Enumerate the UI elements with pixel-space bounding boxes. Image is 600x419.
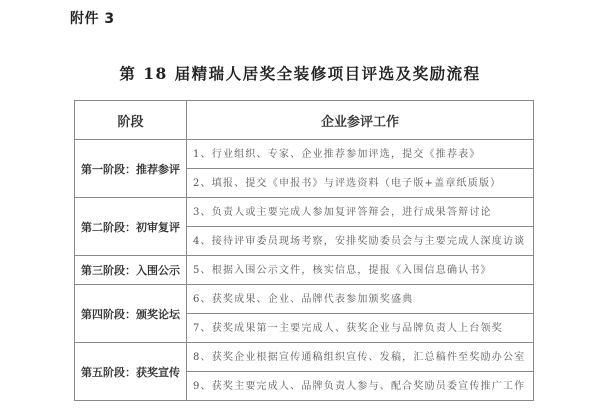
table-row: 第四阶段：颁奖论坛 6、获奖成果、企业、品牌代表参加颁奖盛典 [75, 285, 534, 314]
table-row: 第一阶段：推荐参评 1、行业组织、专家、企业推荐参加评选，提交《推荐表》 [75, 140, 534, 169]
document-title: 第 18 届精瑞人居奖全装修项目评选及奖励流程 [0, 62, 600, 84]
table-row: 第五阶段：获奖宣传 8、获奖企业根据宣传通稿组织宣传、发稿，汇总稿件至奖励办公室 [75, 343, 534, 372]
stage-cell: 第三阶段：入围公示 [75, 256, 187, 285]
work-item: 6、获奖成果、企业、品牌代表参加颁奖盛典 [187, 285, 534, 314]
header-work: 企业参评工作 [187, 101, 534, 140]
table-row: 第二阶段：初审复评 3、负责人或主要完成人参加复评答辩会，进行成果答辩讨论 [75, 198, 534, 227]
work-item: 4、接待评审委员现场考察，安排奖励委员会与主要完成人深度访谈 [187, 227, 534, 256]
process-table: 阶段 企业参评工作 第一阶段：推荐参评 1、行业组织、专家、企业推荐参加评选，提… [74, 100, 534, 401]
attachment-label: 附件 3 [70, 8, 115, 28]
work-item: 1、行业组织、专家、企业推荐参加评选，提交《推荐表》 [187, 140, 534, 169]
work-item: 7、获奖成果第一主要完成人、获奖企业与品牌负责人上台领奖 [187, 314, 534, 343]
work-item: 5、根据入围公示文件，核实信息，提报《入围信息确认书》 [187, 256, 534, 285]
work-item: 2、填报、提交《申报书》与评选资料（电子版+盖章纸质版） [187, 169, 534, 198]
work-item: 9、获奖主要完成人、品牌负责人参与、配合奖励员委宣传推广工作 [187, 372, 534, 401]
work-item: 8、获奖企业根据宣传通稿组织宣传、发稿，汇总稿件至奖励办公室 [187, 343, 534, 372]
table-header-row: 阶段 企业参评工作 [75, 101, 534, 140]
stage-cell: 第一阶段：推荐参评 [75, 140, 187, 198]
stage-cell: 第四阶段：颁奖论坛 [75, 285, 187, 343]
stage-cell: 第二阶段：初审复评 [75, 198, 187, 256]
stage-cell: 第五阶段：获奖宣传 [75, 343, 187, 401]
table-row: 第三阶段：入围公示 5、根据入围公示文件，核实信息，提报《入围信息确认书》 [75, 256, 534, 285]
work-item: 3、负责人或主要完成人参加复评答辩会，进行成果答辩讨论 [187, 198, 534, 227]
header-stage: 阶段 [75, 101, 187, 140]
